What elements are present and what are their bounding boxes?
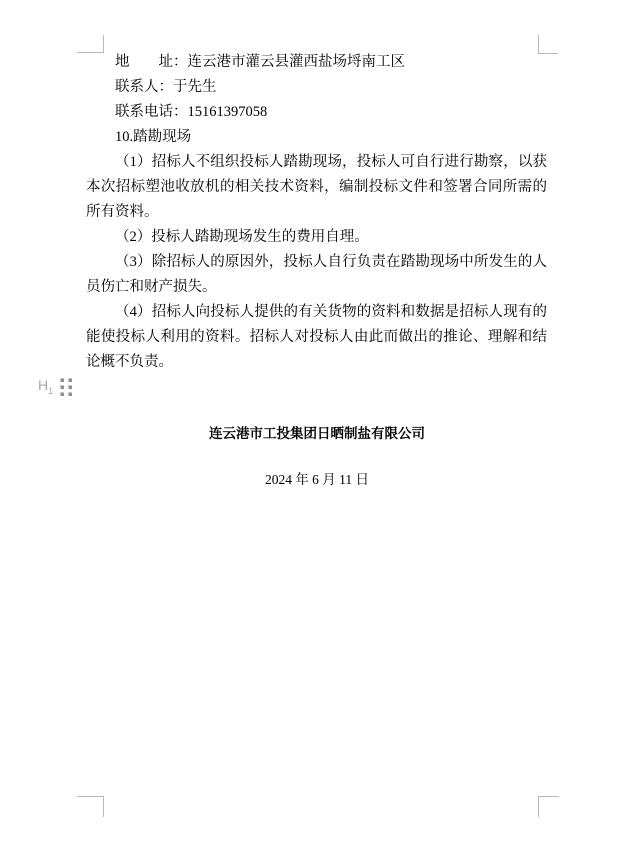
address-line: 地 址：连云港市灌云县灌西盐场埒南工区	[86, 50, 547, 75]
clause-2: （2）投标人踏勘现场发生的费用自理。	[86, 225, 547, 250]
margin-crop-mark-bottom-left	[77, 796, 104, 817]
section-heading: 10.踏勘现场	[86, 125, 547, 150]
document-body: 地 址：连云港市灌云县灌西盐场埒南工区 联系人：于先生 联系电话：1516139…	[86, 50, 547, 375]
contact-phone-line: 联系电话：15161397058	[86, 100, 547, 125]
signature-company: 连云港市工投集团日晒制盐有限公司	[0, 424, 634, 444]
drag-handle-dots-icon[interactable]	[60, 378, 72, 396]
clause-1: （1）招标人不组织投标人踏勘现场，投标人可自行进行勘察，以获本次招标塑池收放机的…	[86, 150, 547, 225]
document-page: 地 址：连云港市灌云县灌西盐场埒南工区 联系人：于先生 联系电话：1516139…	[0, 0, 634, 864]
clause-3: （3）除招标人的原因外，投标人自行负责在踏勘现场中所发生的人员伤亡和财产损失。	[86, 250, 547, 300]
contact-person-line: 联系人：于先生	[86, 75, 547, 100]
paragraph-drag-handle[interactable]: H1	[38, 376, 72, 398]
clause-4: （4）招标人向投标人提供的有关货物的资料和数据是招标人现有的能使投标人利用的资料…	[86, 300, 547, 375]
signature-date: 2024 年 6 月 11 日	[0, 470, 634, 490]
heading-level-indicator[interactable]: H1	[38, 378, 53, 396]
margin-crop-mark-bottom-right	[538, 796, 559, 817]
